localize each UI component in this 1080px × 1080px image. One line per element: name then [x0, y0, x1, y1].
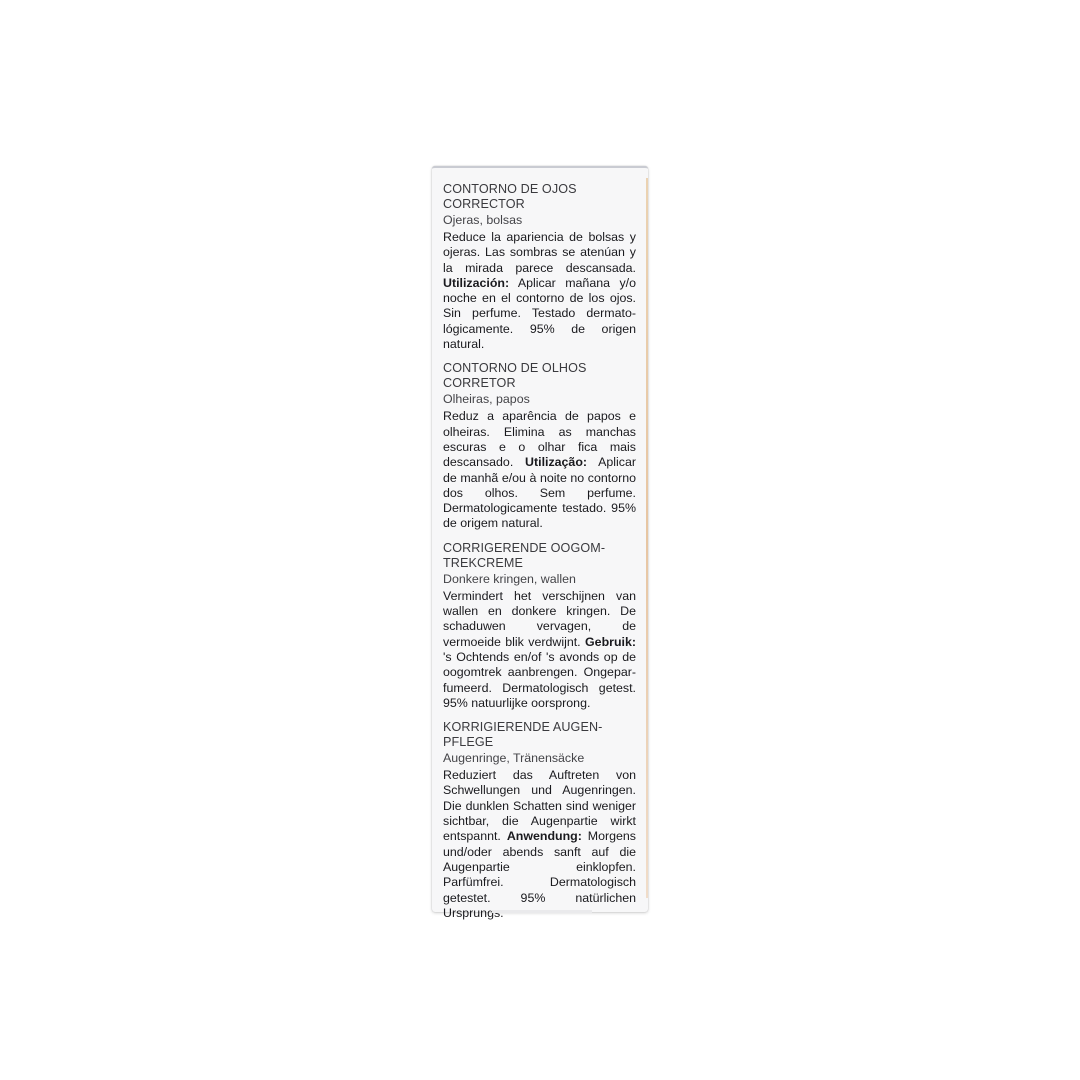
section-body: Vermindert het verschijnen van wallen en…: [443, 589, 636, 711]
section-subtitle: Augenringe, Tränensäcke: [443, 750, 636, 766]
section-spanish: CONTORNO DE OJOS CORRECTOR Ojeras, bolsa…: [443, 182, 636, 352]
section-title: KORRIGIERENDE AUGEN- PFLEGE: [443, 720, 636, 750]
section-title: CONTORNO DE OLHOS CORRETOR: [443, 361, 636, 391]
usage-label: Utilização:: [525, 455, 587, 469]
section-subtitle: Olheiras, papos: [443, 391, 636, 407]
box-edge-highlight: [646, 178, 648, 898]
section-subtitle: Donkere kringen, wallen: [443, 571, 636, 587]
label-text-block: CONTORNO DE OJOS CORRECTOR Ojeras, bolsa…: [443, 182, 636, 930]
section-portuguese: CONTORNO DE OLHOS CORRETOR Olheiras, pap…: [443, 361, 636, 531]
product-photo: CONTORNO DE OJOS CORRECTOR Ojeras, bolsa…: [0, 0, 1080, 1080]
section-body: Reduce la apariencia de bolsas y ojeras.…: [443, 230, 636, 352]
section-body: Reduziert das Auftreten von Schwellungen…: [443, 768, 636, 921]
section-body: Reduz a aparência de papos e olheiras. E…: [443, 409, 636, 531]
usage-label: Utilización:: [443, 276, 509, 290]
section-title: CONTORNO DE OJOS CORRECTOR: [443, 182, 636, 212]
usage-label: Anwendung:: [507, 829, 582, 843]
section-dutch: CORRIGERENDE OOGOM- TREKCREME Donkere kr…: [443, 541, 636, 711]
section-title: CORRIGERENDE OOGOM- TREKCREME: [443, 541, 636, 571]
box-flap-edge: [492, 910, 592, 913]
section-subtitle: Ojeras, bolsas: [443, 212, 636, 228]
product-box-side-panel: CONTORNO DE OJOS CORRECTOR Ojeras, bolsa…: [432, 166, 648, 912]
section-german: KORRIGIERENDE AUGEN- PFLEGE Augenringe, …: [443, 720, 636, 921]
usage-label: Gebruik:: [585, 635, 636, 649]
